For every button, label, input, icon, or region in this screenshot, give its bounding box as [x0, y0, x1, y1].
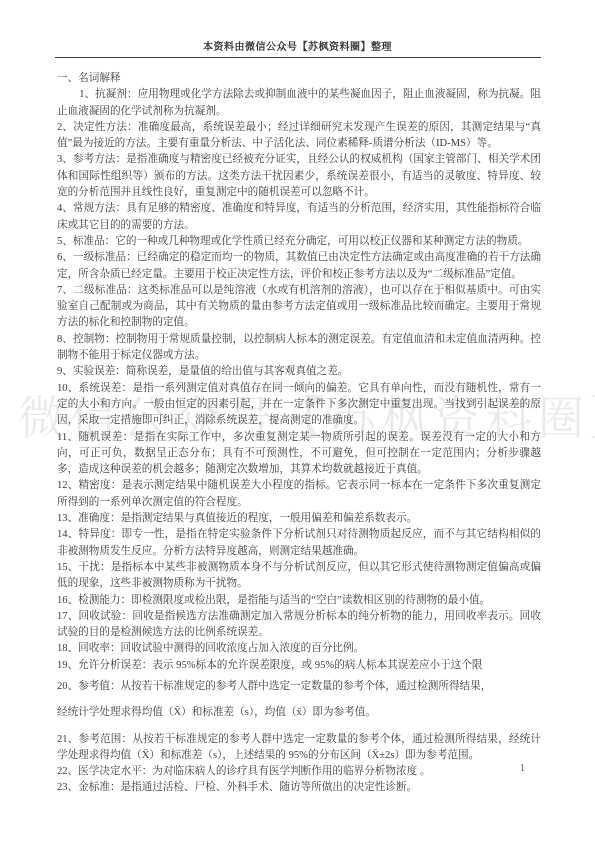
document-body: 一、名词解释 1、抗凝剂：应用物理或化学方法除去或抑制血液中的某些凝血因子，阻止… [57, 71, 541, 797]
definition-item-15: 15、干扰：是指标本中某些非被测物质本身不与分析试剂反应，但以其它形式使待测物测… [57, 560, 541, 593]
definition-item-23: 23、金标准：是指通过活检、尸检、外科手术、随访等所做出的决定性诊断。 [57, 780, 541, 796]
definition-item-20: 20、参考值：从按若干标准规定的参考人群中选定一定数量的参考个体，通过检测所得结… [57, 679, 541, 695]
definition-item-9: 9、实验误差：简称误差，是量值的给出值与其客观真值之差。 [57, 364, 541, 380]
definition-item-10: 10、系统误差：是指一系列测定值对真值存在同一倾向的偏差。它具有单向性，而没有随… [57, 381, 541, 430]
header-divider [55, 57, 541, 58]
definition-item-19: 19、允许分析误差：表示 95%标本的允许误差限度，或 95%的病人标本其误差应… [57, 658, 541, 674]
definition-item-3: 3、参考方法：是指准确度与精密度已经被充分证实，且经公认的权威机构（国家主管部门… [57, 152, 541, 201]
section-title: 一、名词解释 [57, 71, 541, 87]
document-page: 本资料由微信公众号【苏枫资料圈】整理 微信公众号【苏枫资料圈】 一、名词解释 1… [0, 0, 595, 841]
definition-item-7: 7、二级标准品：这类标准品可以是纯溶液（水或有机溶剂的溶液），也可以存在于相似基… [57, 283, 541, 332]
definition-item-12: 12、精密度：是表示测定结果中随机误差大小程度的指标。它表示同一标本在一定条件下… [57, 478, 541, 511]
definition-item-13: 13、准确度：是指测定结果与真值接近的程度，一般用偏差和偏差系数表示。 [57, 511, 541, 527]
definition-item-18: 18、回收率：回收试验中测得的回收浓度占加入浓度的百分比例。 [57, 641, 541, 657]
definition-item-16: 16、检测能力：即检测限度或检出限，是指能与适当的“空白”读数相区别的待测物的最… [57, 593, 541, 609]
definition-item-11: 11、随机误差：是指在实际工作中，多次重复测定某一物质所引起的误差。误差没有一定… [57, 430, 541, 479]
definition-item-22: 22、医学决定水平：为对临床病人的诊疗具有医学判断作用的临界分析物浓度 。 [57, 764, 541, 780]
definition-item-1: 1、抗凝剂：应用物理或化学方法除去或抑制血液中的某些凝血因子，阻止血液凝固，称为… [57, 87, 541, 120]
definition-item-21: 21、参考范围：从按若干标准规定的参考人群中选定一定数量的参考个体，通过检测所得… [57, 732, 541, 765]
definition-item-17: 17、回收试验：回收是指候选方法准确测定加入常规分析标本的纯分析物的能力，用回收… [57, 609, 541, 642]
definition-item-20-formula: 经统计学处理求得均值（X̄）和标准差（s），均值（x̄）即为参考值。 [57, 705, 541, 721]
definition-item-14: 14、特异度：即专一性，是指在特定实验条件下分析试剂只对待测物质起反应，而不与其… [57, 527, 541, 560]
definition-item-8: 8、控制物：控制物用于常规质量控制，以控制病人标本的测定误差。有定值血清和未定值… [57, 332, 541, 365]
definition-item-4: 4、常规方法：具有足够的精密度、准确度和特异度，有适当的分析范围，经济实用，其性… [57, 201, 541, 234]
page-number: 1 [520, 763, 525, 774]
definition-item-6: 6、一级标准品：已经确定的稳定而均一的物质，其数值已由决定性方法确定或由高度准确… [57, 250, 541, 283]
definition-item-2: 2、决定性方法：准确度最高，系统误差最小；经过详细研究未发现产生误差的原因，其测… [57, 120, 541, 153]
page-header: 本资料由微信公众号【苏枫资料圈】整理 [0, 38, 595, 53]
definition-item-5: 5、标准品：它的一种或几种物理或化学性质已经充分确定，可用以校正仪器和某种测定方… [57, 234, 541, 250]
